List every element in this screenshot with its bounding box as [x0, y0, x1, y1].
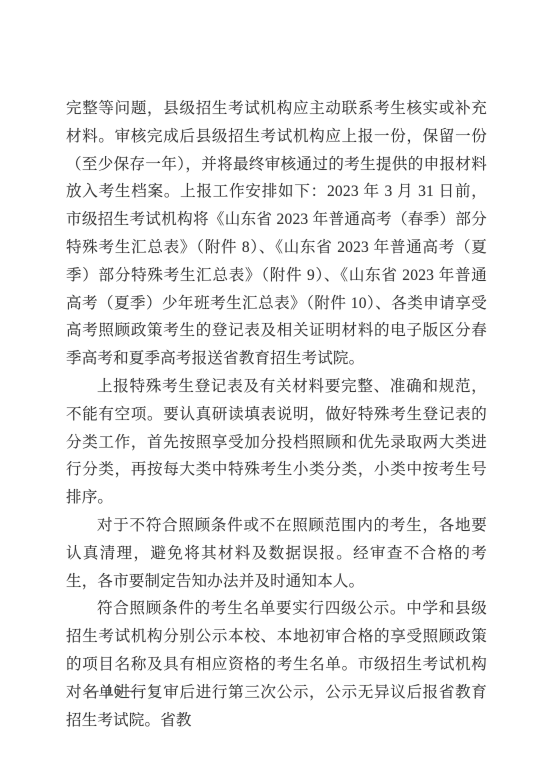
page-number: — 16 —: [84, 683, 144, 700]
body-paragraph: 对于不符合照顾条件或不在照顾范围内的考生，各地要认真清理，避免将其材料及数据误报…: [66, 512, 487, 595]
scanned-document-page: 完整等问题，县级招生考试机构应主动联系考生核实或补充材料。审核完成后县级招生考试…: [0, 0, 550, 778]
body-paragraph: 符合照顾条件的考生名单要实行四级公示。中学和县级招生考试机构分别公示本校、本地初…: [66, 595, 487, 734]
document-body: 完整等问题，县级招生考试机构应主动联系考生核实或补充材料。审核完成后县级招生考试…: [66, 95, 487, 734]
body-paragraph: 完整等问题，县级招生考试机构应主动联系考生核实或补充材料。审核完成后县级招生考试…: [66, 95, 487, 373]
body-paragraph: 上报特殊考生登记表及有关材料要完整、准确和规范，不能有空项。要认真研读填表说明，…: [66, 373, 487, 512]
